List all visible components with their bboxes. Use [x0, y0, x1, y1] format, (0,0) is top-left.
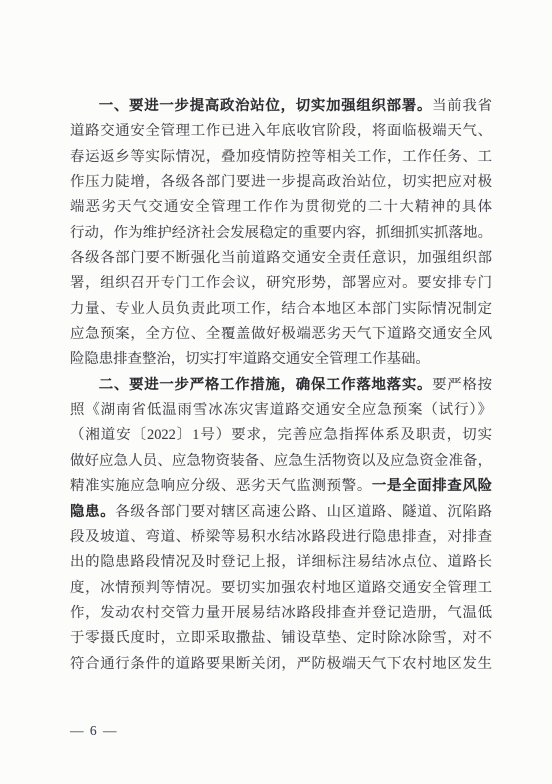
- text-line: 署，组织召开专门工作会议，研究形势，部署应对。要安排专门: [70, 271, 492, 296]
- text-line: 各级各部门要不断强化当前道路交通安全责任意识，加强组织部: [70, 246, 492, 271]
- text-segment: （湘道安〔2022〕1号）要求，完善应急指挥体系及职责，切实: [70, 427, 492, 443]
- text-segment: 端恶劣天气交通安全管理工作作为贯彻党的二十大精神的具体: [70, 199, 492, 215]
- bold-text-segment: 一是全面排查风险: [372, 478, 492, 494]
- text-line: 春运返乡等实际情况，叠加疫情防控等相关工作，工作任务、工: [70, 145, 492, 170]
- bold-text-segment: 二、要进一步严格工作措施，确保工作落地落实。: [99, 377, 432, 393]
- text-line: 度，冰情预判等情况。要切实加强农村地区道路交通安全管理工: [70, 576, 492, 601]
- text-segment: 险隐患排查整治，切实打牢道路交通安全管理工作基础。: [70, 351, 430, 367]
- text-segment: 当前我省: [432, 98, 492, 114]
- text-segment: 道路交通安全管理工作已进入年底收官阶段，将面临极端天气、: [70, 123, 492, 139]
- text-line: 道路交通安全管理工作已进入年底收官阶段，将面临极端天气、: [70, 119, 492, 144]
- text-line: 符合通行条件的道路要果断关闭，严防极端天气下农村地区发生: [70, 652, 492, 677]
- text-line: 精准实施应急响应分级、恶劣天气监测预警。一是全面排查风险: [70, 474, 492, 499]
- text-segment: 精准实施应急响应分级、恶劣天气监测预警。: [70, 478, 372, 494]
- text-segment: 各级各部门要不断强化当前道路交通安全责任意识，加强组织部: [70, 250, 492, 266]
- text-segment: 出的隐患路段情况及时登记上报，详细标注易结冰点位、道路长: [70, 554, 492, 570]
- text-segment: 段及坡道、弯道、桥梁等易积水结冰路段进行隐患排查，对排查: [70, 529, 492, 545]
- text-segment: 应急预案，全方位、全覆盖做好极端恶劣天气下道路交通安全风: [70, 326, 492, 342]
- text-segment: 要严格按: [432, 377, 492, 393]
- text-segment: 做好应急人员、应急物资装备、应急生活物资以及应急资金准备，: [70, 453, 492, 469]
- text-line: 隐患。各级各部门要对辖区高速公路、山区道路、隧道、沉陷路: [70, 500, 492, 525]
- text-line: 端恶劣天气交通安全管理工作作为贯彻党的二十大精神的具体: [70, 195, 492, 220]
- text-segment: 符合通行条件的道路要果断关闭，严防极端天气下农村地区发生: [70, 656, 492, 672]
- text-segment: 作，发动农村交管力量开展易结冰路段排查并登记造册，气温低: [70, 605, 492, 621]
- text-line: 力量、专业人员负责此项工作，结合本地区本部门实际情况制定: [70, 297, 492, 322]
- text-segment: 于零摄氏度时，立即采取撒盐、铺设草垫、定时除冰除雪，对不: [70, 630, 492, 646]
- text-line: 二、要进一步严格工作措施，确保工作落地落实。要严格按: [70, 373, 492, 398]
- text-line: 一、要进一步提高政治站位，切实加强组织部署。当前我省: [70, 94, 492, 119]
- text-line: 于零摄氏度时，立即采取撒盐、铺设草垫、定时除冰除雪，对不: [70, 626, 492, 651]
- text-segment: 力量、专业人员负责此项工作，结合本地区本部门实际情况制定: [70, 301, 492, 317]
- text-line: 险隐患排查整治，切实打牢道路交通安全管理工作基础。: [70, 347, 492, 372]
- text-segment: 各级各部门要对辖区高速公路、山区道路、隧道、沉陷路: [115, 504, 492, 520]
- text-segment: 作压力陡增，各级各部门要进一步提高政治站位，切实把应对极: [70, 174, 492, 190]
- text-line: 应急预案，全方位、全覆盖做好极端恶劣天气下道路交通安全风: [70, 322, 492, 347]
- bold-text-segment: 隐患。: [70, 504, 115, 520]
- document-body: 一、要进一步提高政治站位，切实加强组织部署。当前我省道路交通安全管理工作已进入年…: [70, 94, 492, 677]
- text-segment: 照《湖南省低温雨雪冰冻灾害道路交通安全应急预案（试行）》: [70, 402, 492, 418]
- text-segment: 春运返乡等实际情况，叠加疫情防控等相关工作，工作任务、工: [70, 149, 492, 165]
- text-line: 作，发动农村交管力量开展易结冰路段排查并登记造册，气温低: [70, 601, 492, 626]
- text-line: 照《湖南省低温雨雪冰冻灾害道路交通安全应急预案（试行）》: [70, 398, 492, 423]
- bold-text-segment: 一、要进一步提高政治站位，切实加强组织部署。: [99, 98, 432, 114]
- text-line: （湘道安〔2022〕1号）要求，完善应急指挥体系及职责，切实: [70, 423, 492, 448]
- text-segment: 署，组织召开专门工作会议，研究形势，部署应对。要安排专门: [70, 275, 492, 291]
- text-line: 做好应急人员、应急物资装备、应急生活物资以及应急资金准备，: [70, 449, 492, 474]
- text-line: 作压力陡增，各级各部门要进一步提高政治站位，切实把应对极: [70, 170, 492, 195]
- document-page: 一、要进一步提高政治站位，切实加强组织部署。当前我省道路交通安全管理工作已进入年…: [0, 0, 552, 784]
- text-line: 段及坡道、弯道、桥梁等易积水结冰路段进行隐患排查，对排查: [70, 525, 492, 550]
- page-number: — 6 —: [70, 723, 118, 739]
- text-line: 出的隐患路段情况及时登记上报，详细标注易结冰点位、道路长: [70, 550, 492, 575]
- text-line: 行动，作为维护经济社会发展稳定的重要内容，抓细抓实抓落地。: [70, 221, 492, 246]
- text-segment: 行动，作为维护经济社会发展稳定的重要内容，抓细抓实抓落地。: [70, 225, 492, 241]
- text-segment: 度，冰情预判等情况。要切实加强农村地区道路交通安全管理工: [70, 580, 492, 596]
